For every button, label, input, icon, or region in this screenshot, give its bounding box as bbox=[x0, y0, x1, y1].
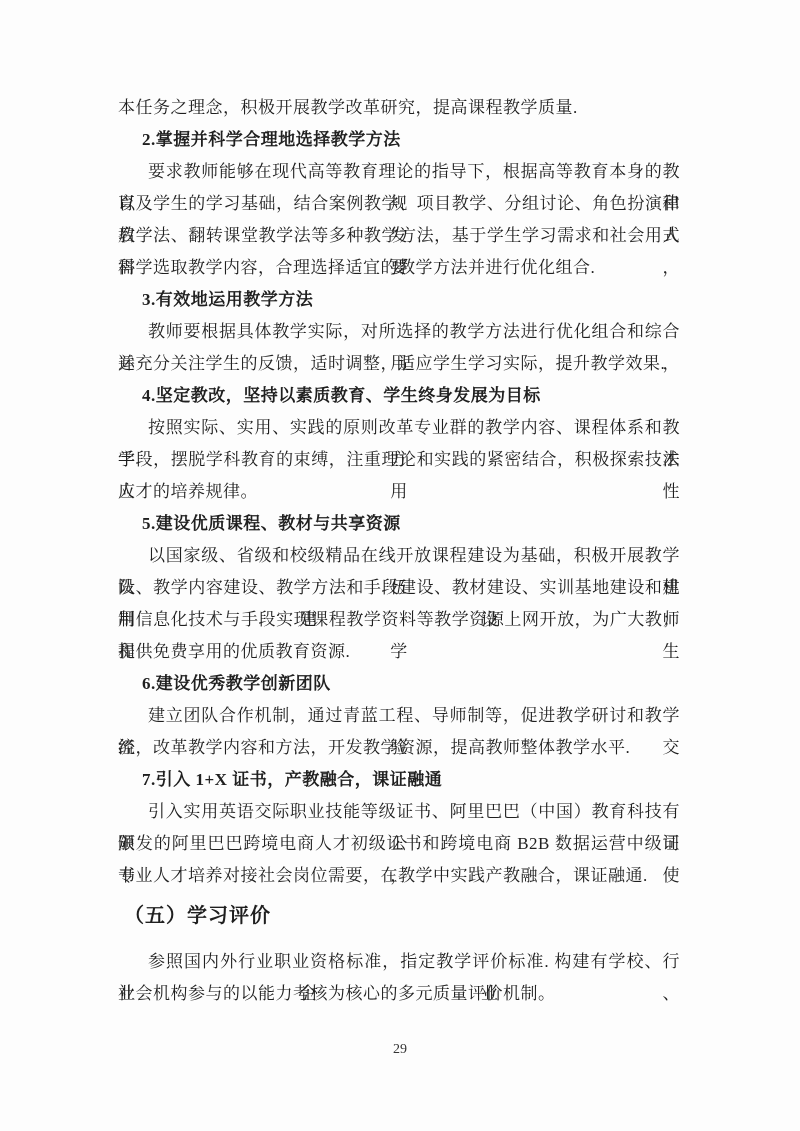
body-line: 用信息化技术与手段实现课程教学资料等教学资源上网开放，为广大教师和学生 bbox=[118, 604, 680, 636]
body-line: 要求教师能够在现代高等教育理论的指导下，根据高等教育本身的教育规律 bbox=[118, 156, 680, 188]
body-line: 设、教学内容建设、教学方法和手段建设、教材建设、实训基地建设和机制建设； bbox=[118, 572, 680, 604]
numbered-heading: 5.建设优质课程、教材与共享资源 bbox=[118, 508, 680, 540]
body-line: 手段，摆脱学科教育的束缚，注重理论和实践的紧密结合，积极探索技术应用性 bbox=[118, 444, 680, 476]
page-number: 29 bbox=[0, 1042, 800, 1058]
body-line: 参照国内外行业职业资格标准，指定教学评价标准. 构建有学校、行业企业、 bbox=[118, 946, 680, 978]
body-line: 教学法、翻转课堂教学法等多种教学方法，基于学生学习需求和社会用人需要， bbox=[118, 220, 680, 252]
numbered-heading: 6.建设优秀教学创新团队 bbox=[118, 668, 680, 700]
body-line: 并充分关注学生的反馈，适时调整，适应学生学习实际，提升教学效果. bbox=[118, 348, 680, 380]
body-line: 以国家级、省级和校级精品在线开放课程建设为基础，积极开展教学队伍建 bbox=[118, 540, 680, 572]
body-line: 流，改革教学内容和方法，开发教学资源，提高教师整体教学水平. bbox=[118, 732, 680, 764]
body-line: 本任务之理念，积极开展教学改革研究，提高课程教学质量. bbox=[118, 92, 680, 124]
numbered-heading: 2.掌握并科学合理地选择教学方法 bbox=[118, 124, 680, 156]
numbered-heading: 7.引入 1+X 证书，产教融合，课证融通 bbox=[118, 764, 680, 796]
body-line: 建立团队合作机制，通过青蓝工程、导师制等，促进教学研讨和教学经验交 bbox=[118, 700, 680, 732]
section-heading: （五）学习评价 bbox=[118, 898, 680, 934]
body-line: 教师要根据具体教学实际，对所选择的教学方法进行优化组合和综合运用， bbox=[118, 316, 680, 348]
numbered-heading: 4.坚定教改，坚持以素质教育、学生终身发展为目标 bbox=[118, 380, 680, 412]
body-line: 引入实用英语交际职业技能等级证书、阿里巴巴（中国）教育科技有限公司 bbox=[118, 796, 680, 828]
body-line: 颁发的阿里巴巴跨境电商人才初级证书和跨境电商 B2B 数据运营中级证书，使 bbox=[118, 828, 680, 860]
body-line: 按照实际、实用、实践的原则改革专业群的教学内容、课程体系和教学方法 bbox=[118, 412, 680, 444]
numbered-heading: 3.有效地运用教学方法 bbox=[118, 284, 680, 316]
document-page: 本任务之理念，积极开展教学改革研究，提高课程教学质量. 2.掌握并科学合理地选择… bbox=[0, 0, 800, 1131]
body-line: 以及学生的学习基础，结合案例教学、项目教学、分组讨论、角色扮演和启发式 bbox=[118, 188, 680, 220]
document-body: 本任务之理念，积极开展教学改革研究，提高课程教学质量. 2.掌握并科学合理地选择… bbox=[118, 92, 680, 1010]
body-line: 专业人才培养对接社会岗位需要，在教学中实践产教融合，课证融通. bbox=[118, 860, 680, 892]
